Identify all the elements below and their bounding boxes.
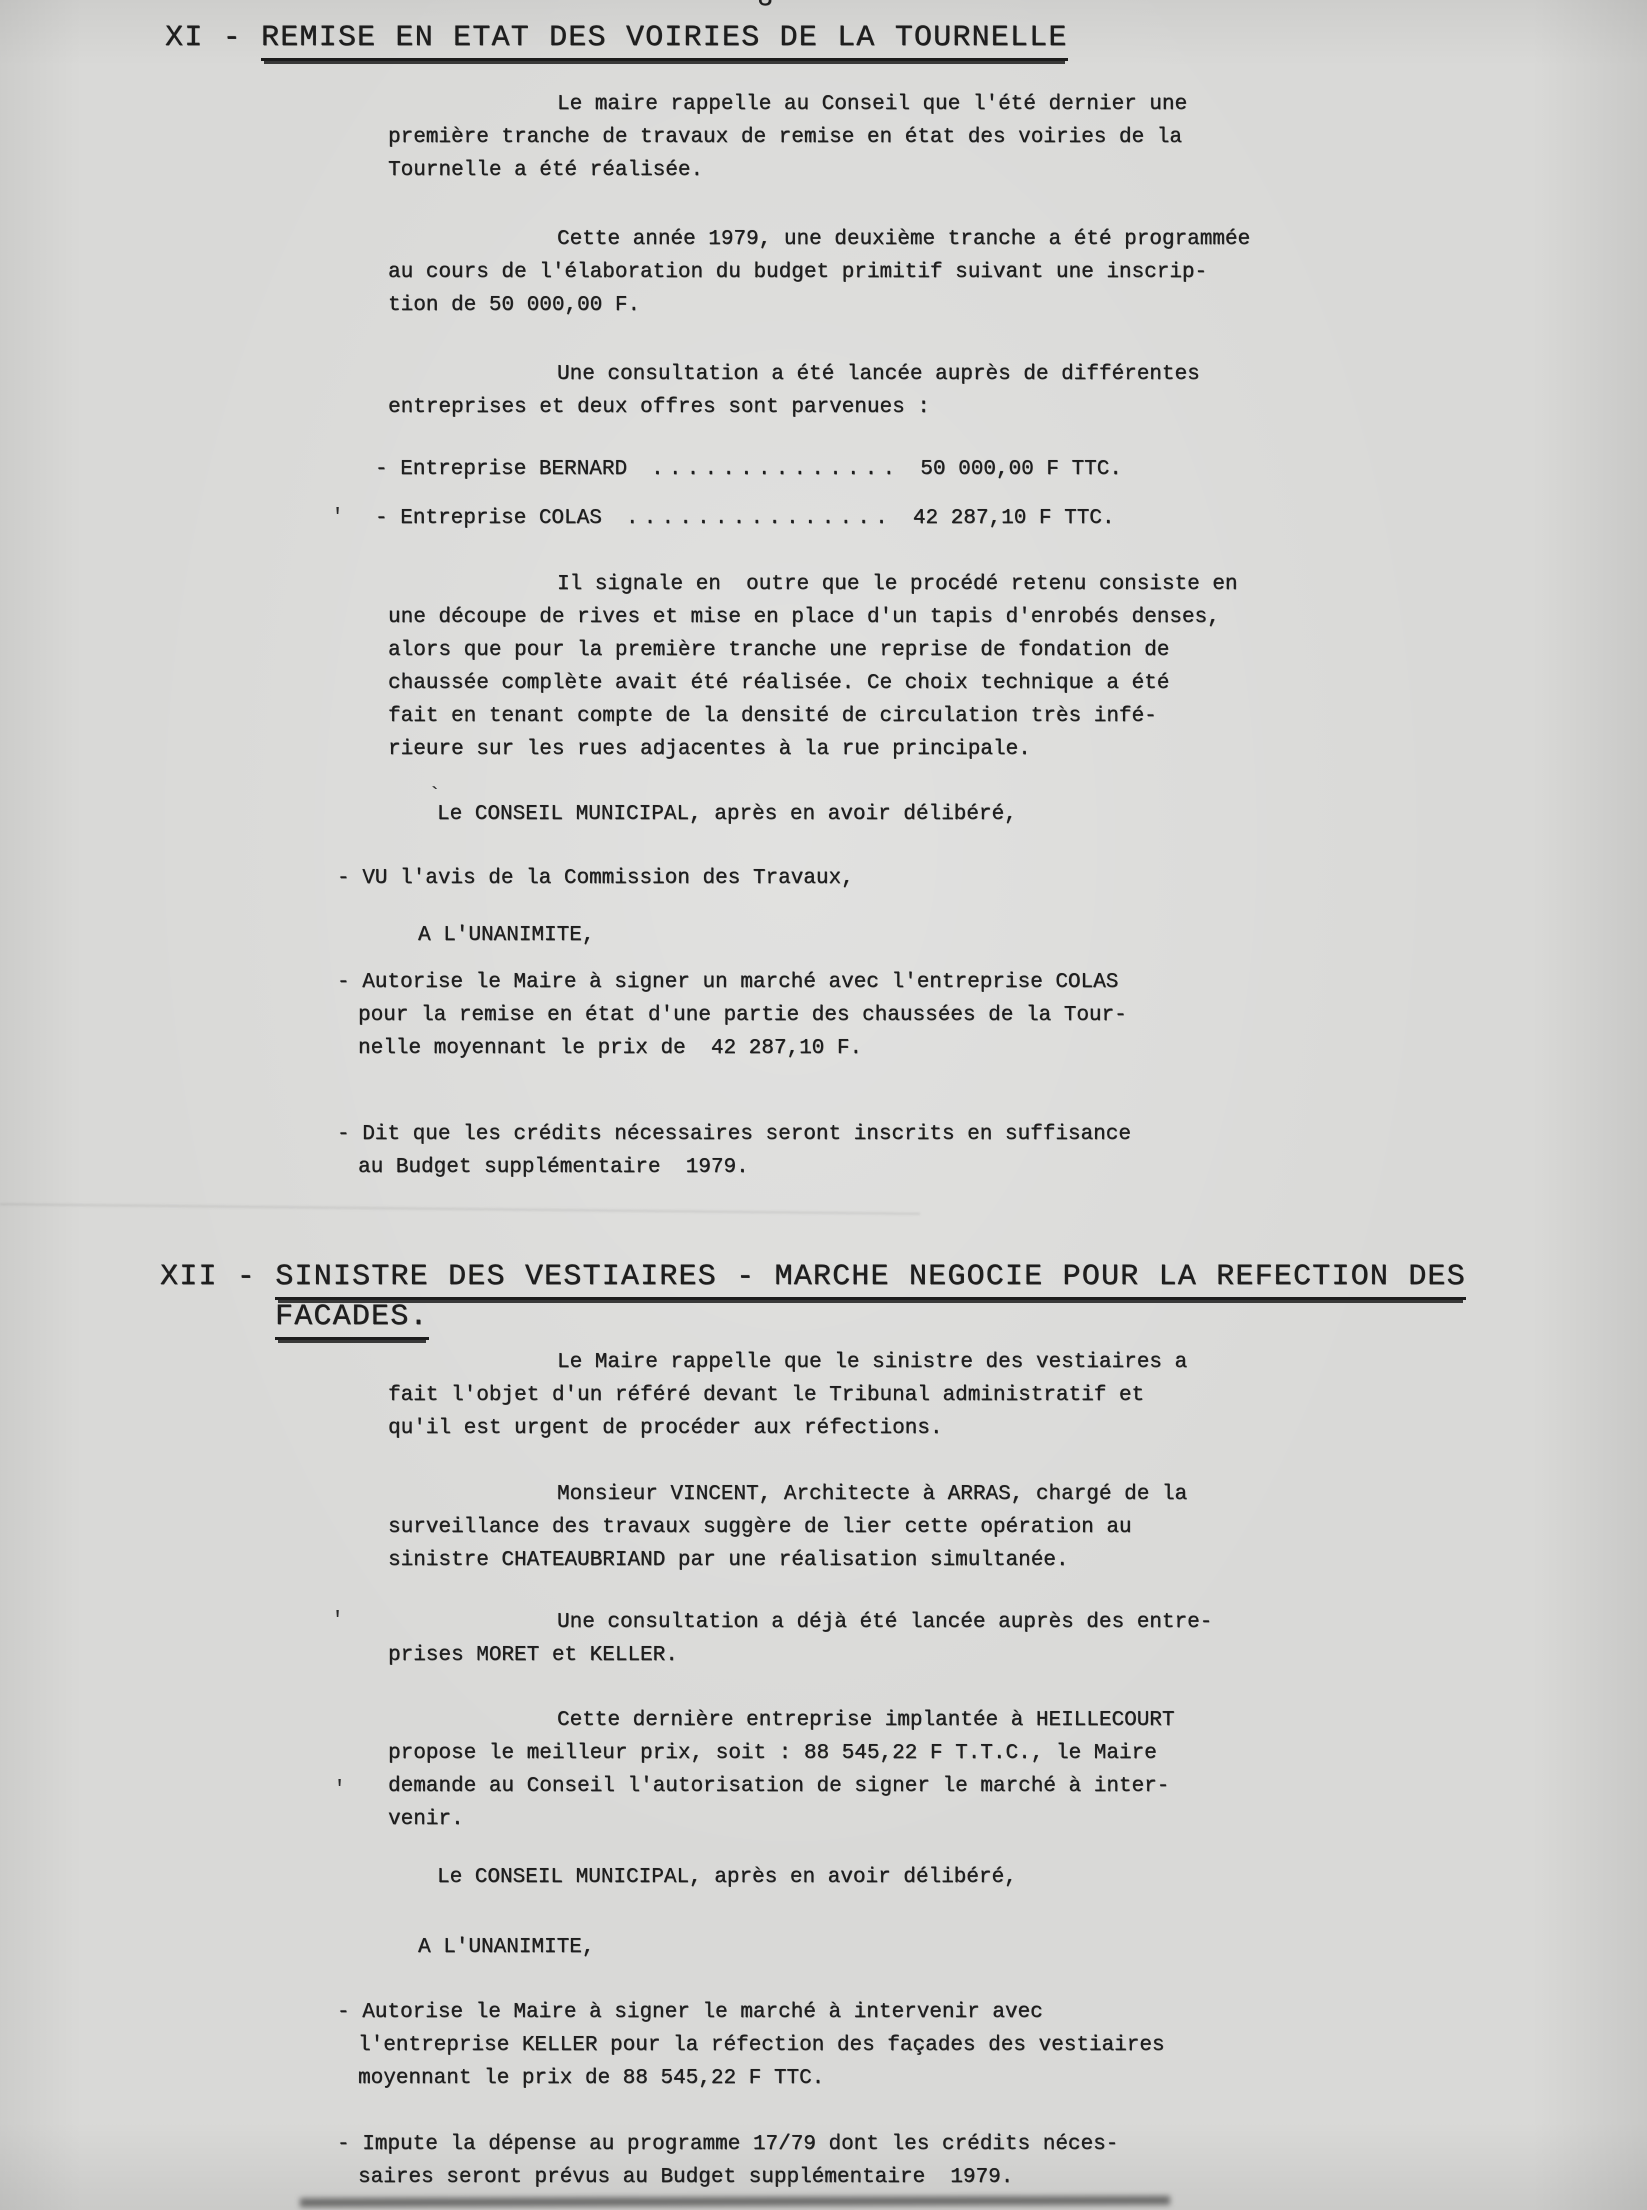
- text-line: au cours de l'élaboration du budget prim…: [388, 256, 1250, 289]
- text-line: prises MORET et KELLER.: [388, 1639, 1212, 1672]
- document-page: - 8 - XI - REMISE EN ETAT DES VOIRIES DE…: [0, 0, 1647, 2210]
- item-impute-depense: - Impute la dépense au programme 17/79 d…: [337, 2128, 1118, 2194]
- text-line: Une consultation a déjà été lancée auprè…: [557, 1606, 1212, 1639]
- text-line: moyennant le prix de 88 545,22 F TTC.: [358, 2062, 1165, 2095]
- stray-tick-mark: `: [428, 784, 441, 809]
- paragraph-consultation: Une consultation a été lancée auprès de …: [388, 358, 1200, 424]
- section-xii-title-line2: FACADES.: [275, 1300, 429, 1340]
- offer-amount: 50 000,00 F TTC.: [920, 458, 1122, 481]
- offer-row-bernard: - Entreprise BERNARD..............50 000…: [375, 453, 1122, 486]
- offer-amount: 42 287,10 F TTC.: [913, 507, 1115, 530]
- line-conseil-municipal-2: Le CONSEIL MUNICIPAL, après en avoir dél…: [437, 1861, 1017, 1894]
- text-line: Le maire rappelle au Conseil que l'été d…: [557, 88, 1187, 121]
- text-line: fait en tenant compte de la densité de c…: [388, 700, 1238, 733]
- dot-leader: ..............: [651, 458, 900, 481]
- text-line: Le CONSEIL MUNICIPAL, après en avoir dél…: [437, 1861, 1017, 1894]
- text-line: - Autorise le Maire à signer un marché a…: [337, 966, 1127, 999]
- text-line: demande au Conseil l'autorisation de sig…: [388, 1770, 1175, 1803]
- text-line: - Dit que les crédits nécessaires seront…: [337, 1118, 1131, 1151]
- page-number: - 8 -: [698, 0, 846, 13]
- paragraph-vincent: Monsieur VINCENT, Architecte à ARRAS, ch…: [388, 1478, 1187, 1577]
- text-line: fait l'objet d'un référé devant le Tribu…: [388, 1379, 1187, 1412]
- text-line: une découpe de rives et mise en place d'…: [388, 601, 1238, 634]
- text-line: Cette année 1979, une deuxième tranche a…: [557, 223, 1250, 256]
- offer-row-colas: - Entreprise COLAS...............42 287,…: [375, 502, 1115, 535]
- text-line: Tournelle a été réalisée.: [388, 154, 1187, 187]
- line-conseil-municipal-1: Le CONSEIL MUNICIPAL, après en avoir dél…: [437, 798, 1017, 831]
- text-line: Cette dernière entreprise implantée à HE…: [557, 1704, 1175, 1737]
- section-xi-heading: XI - REMISE EN ETAT DES VOIRIES DE LA TO…: [165, 18, 1068, 58]
- dot-leader: ...............: [626, 507, 893, 530]
- stray-tick-mark: ': [333, 1777, 346, 1802]
- text-line: saires seront prévus au Budget supplémen…: [358, 2161, 1118, 2194]
- paragraph-annee: Cette année 1979, une deuxième tranche a…: [388, 223, 1250, 322]
- text-line: Monsieur VINCENT, Architecte à ARRAS, ch…: [557, 1478, 1187, 1511]
- paragraph-intro: Le maire rappelle au Conseil que l'été d…: [388, 88, 1187, 187]
- text-line: qu'il est urgent de procéder aux réfecti…: [388, 1412, 1187, 1445]
- item-dit-credits: - Dit que les crédits nécessaires seront…: [337, 1118, 1131, 1184]
- text-line: première tranche de travaux de remise en…: [388, 121, 1187, 154]
- text-line: - Autorise le Maire à signer le marché à…: [337, 1996, 1165, 2029]
- text-line: au Budget supplémentaire 1979.: [358, 1151, 1131, 1184]
- paragraph-signale: Il signale en outre que le procédé reten…: [388, 568, 1238, 766]
- text-line: - Impute la dépense au programme 17/79 d…: [337, 2128, 1118, 2161]
- text-line: Il signale en outre que le procédé reten…: [557, 568, 1238, 601]
- section-xii-title-line1: SINISTRE DES VESTIAIRES - MARCHE NEGOCIE…: [275, 1260, 1466, 1300]
- text-line: sinistre CHATEAUBRIAND par une réalisati…: [388, 1544, 1187, 1577]
- item-autorise-keller: - Autorise le Maire à signer le marché à…: [337, 1996, 1165, 2095]
- text-line: A L'UNANIMITE,: [418, 1931, 594, 1964]
- scan-bottom-smudge: [300, 2196, 1170, 2207]
- text-line: Une consultation a été lancée auprès de …: [557, 358, 1200, 391]
- text-line: propose le meilleur prix, soit : 88 545,…: [388, 1737, 1175, 1770]
- text-line: rieure sur les rues adjacentes à la rue …: [388, 733, 1238, 766]
- paragraph-maire-rappelle: Le Maire rappelle que le sinistre des ve…: [388, 1346, 1187, 1445]
- text-line: entreprises et deux offres sont parvenue…: [388, 391, 1200, 424]
- text-line: pour la remise en état d'une partie des …: [358, 999, 1127, 1032]
- line-unanimite-1: A L'UNANIMITE,: [418, 919, 594, 952]
- text-line: chaussée complète avait été réalisée. Ce…: [388, 667, 1238, 700]
- paragraph-derniere-entreprise: Cette dernière entreprise implantée à HE…: [388, 1704, 1175, 1836]
- text-line: l'entreprise KELLER pour la réfection de…: [358, 2029, 1165, 2062]
- stray-tick-mark: ': [331, 505, 344, 530]
- section-xii-number: XII -: [160, 1260, 275, 1294]
- text-line: Le Maire rappelle que le sinistre des ve…: [557, 1346, 1187, 1379]
- line-unanimite-2: A L'UNANIMITE,: [418, 1931, 594, 1964]
- line-vu-avis: - VU l'avis de la Commission des Travaux…: [337, 862, 854, 895]
- section-xi-title: REMISE EN ETAT DES VOIRIES DE LA TOURNEL…: [261, 21, 1068, 61]
- text-line: nelle moyennant le prix de 42 287,10 F.: [358, 1032, 1127, 1065]
- stray-tick-mark: ': [331, 1608, 344, 1633]
- item-autorise-colas: - Autorise le Maire à signer un marché a…: [337, 966, 1127, 1065]
- section-xi-number: XI -: [165, 21, 261, 55]
- section-xii-heading: XII - SINISTRE DES VESTIAIRES - MARCHE N…: [160, 1257, 1466, 1337]
- paragraph-consultation-2: Une consultation a déjà été lancée auprè…: [388, 1606, 1212, 1672]
- text-line: venir.: [388, 1803, 1175, 1836]
- offer-label: - Entreprise COLAS: [375, 507, 602, 530]
- text-line: alors que pour la première tranche une r…: [388, 634, 1238, 667]
- text-line: - VU l'avis de la Commission des Travaux…: [337, 862, 854, 895]
- text-line: A L'UNANIMITE,: [418, 919, 594, 952]
- text-line: Le CONSEIL MUNICIPAL, après en avoir dél…: [437, 798, 1017, 831]
- scan-crease-line: [0, 1203, 920, 1215]
- text-line: tion de 50 000,00 F.: [388, 289, 1250, 322]
- text-line: surveillance des travaux suggère de lier…: [388, 1511, 1187, 1544]
- offer-label: - Entreprise BERNARD: [375, 458, 627, 481]
